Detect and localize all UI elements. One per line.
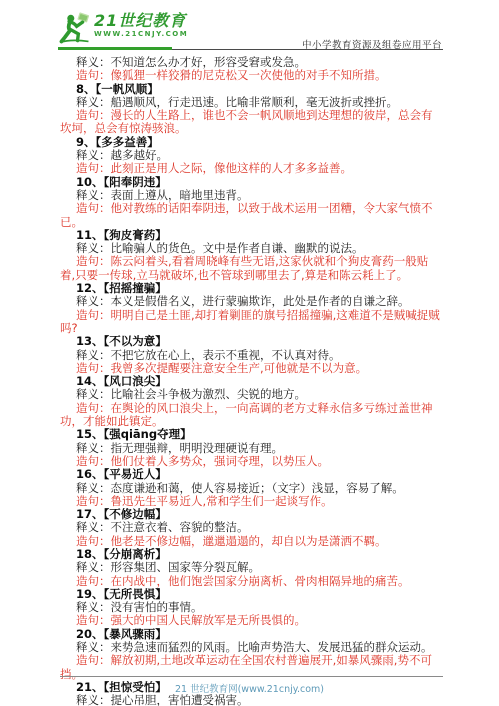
idiom-entry: 16、【平易近人】 释义：态度谦逊和蔼，使人容易接近；（文字）浅显，容易了解。 … xyxy=(60,468,443,508)
definition-line: 释义：船遇顺风，行走迅速。比喻非常顺利，毫无波折或挫折。 xyxy=(60,96,443,109)
logo-url-text: www.21cnjy.com xyxy=(94,30,188,39)
idiom-entry: 释义：不知道怎么办才好，形容受窘或发急。 造句：像狐狸一样狡猾的尼克松又一次使他… xyxy=(60,56,443,83)
logo-text: 21世纪教育 www.21cnjy.com xyxy=(94,12,188,39)
entry-title: 8、【一帆风顺】 xyxy=(60,83,443,96)
document-page: 21世纪教育 www.21cnjy.com 中小学教育资源及组卷应用平台 释义：… xyxy=(0,0,499,706)
definition-line: 释义：不知道怎么办才好，形容受窘或发急。 xyxy=(60,56,443,69)
idiom-entry: 19、【无所畏惧】 释义：没有害怕的事情。 造句：强大的中国人民解放军是无所畏惧… xyxy=(60,588,443,628)
definition-line: 释义：形容集团、国家等分裂瓦解。 xyxy=(60,561,443,574)
entry-title: 13、【不以为意】 xyxy=(60,335,443,348)
footer-divider xyxy=(60,676,443,677)
definition-line: 释义：提心吊胆，害怕遭受祸害。 xyxy=(60,694,443,706)
idiom-entry: 14、【风口浪尖】 释义：比喻社会斗争极为激烈、尖锐的地方。 造句：在舆论的风口… xyxy=(60,375,443,428)
footer-site-credit: 21 世纪教育网(www.21cnjy.com) xyxy=(0,681,499,695)
sentence-line: 造句：鲁迅先生平易近人,常和学生们一起谈写作。 xyxy=(60,495,443,508)
entry-title: 10、【阳奉阴违】 xyxy=(60,176,443,189)
idiom-entry: 13、【不以为意】 释义：不把它放在心上，表示不重视，不认真对待。 造句：我曾多… xyxy=(60,335,443,375)
entry-title: 15、【强qiāng夺理】 xyxy=(60,428,443,441)
sentence-line: 造句：他们仗着人多势众，强词夺理，以势压人。 xyxy=(60,455,443,468)
sentence-line: 造句：像狐狸一样狡猾的尼克松又一次使他的对手不知所措。 xyxy=(60,69,443,82)
runner-logo-icon xyxy=(58,12,92,44)
sentence-line: 造句：陈云闷着头,看着周晓峰有些无语,这家伙就和个狗皮膏药一般贴着,只要一传球,… xyxy=(60,255,443,282)
logo-underline xyxy=(58,47,172,50)
sentence-line: 造句：强大的中国人民解放军是无所畏惧的。 xyxy=(60,614,443,627)
idiom-entry: 20、【暴风骤雨】 释义：来势急速而猛烈的风雨。比喻声势浩大、发展迅猛的群众运动… xyxy=(60,628,443,681)
entry-title: 11、【狗皮膏药】 xyxy=(60,229,443,242)
entry-title: 12、【招摇撞骗】 xyxy=(60,282,443,295)
sentence-line: 造句：他对教练的话阳奉阴违，以致于战术运用一团糟，令大家气愤不已。 xyxy=(60,202,443,229)
logo-brand-text: 21世纪教育 xyxy=(94,12,188,30)
idiom-entry: 12、【招摇撞骗】 释义：本义是假借名义，进行蒙骗欺诈，此处是作者的自谦之辞。 … xyxy=(60,282,443,335)
page-header: 21世纪教育 www.21cnjy.com 中小学教育资源及组卷应用平台 xyxy=(0,0,499,52)
idiom-entry: 9、【多多益善】 释义：越多越好。 造句：此刻正是用人之际，像他这样的人才多多益… xyxy=(60,136,443,176)
definition-line: 释义：指无理强辩，明明没理硬说有理。 xyxy=(60,442,443,455)
entry-title: 16、【平易近人】 xyxy=(60,468,443,481)
idiom-entry: 8、【一帆风顺】 释义：船遇顺风，行走迅速。比喻非常顺利，毫无波折或挫折。 造句… xyxy=(60,83,443,136)
sentence-line: 造句：漫长的人生路上，谁也不会一帆风顺地到达理想的彼岸，总会有坎坷，总会有惊涛骇… xyxy=(60,109,443,136)
entry-title: 19、【无所畏惧】 xyxy=(60,588,443,601)
definition-line: 释义：不注意衣着、容貌的整洁。 xyxy=(60,521,443,534)
sentence-line: 造句：我曾多次提醒要注意安全生产,可他就是不以为意。 xyxy=(60,362,443,375)
definition-line: 释义：本义是假借名义，进行蒙骗欺诈，此处是作者的自谦之辞。 xyxy=(60,295,443,308)
sentence-line: 造句：在舆论的风口浪尖上，一向高调的老方丈释永信多亏练过盖世神功，才能如此镇定。 xyxy=(60,402,443,429)
idiom-entry: 17、【不修边幅】 释义：不注意衣着、容貌的整洁。 造句：他老是不修边幅，邋邋遢… xyxy=(60,508,443,548)
idiom-entry: 15、【强qiāng夺理】 释义：指无理强辩，明明没理硬说有理。 造句：他们仗着… xyxy=(60,428,443,468)
sentence-line: 造句：在内战中，他们饱尝国家分崩离析、骨肉相隔异地的痛苦。 xyxy=(60,575,443,588)
definition-line: 释义：表面上遵从，暗地里违背。 xyxy=(60,189,443,202)
entry-title: 20、【暴风骤雨】 xyxy=(60,628,443,641)
sentence-line: 造句：明明自己是土匪,却打着剿匪的旗号招摇撞骗,这难道不是贼喊捉贼吗? xyxy=(60,309,443,336)
definition-line: 释义：来势急速而猛烈的风雨。比喻声势浩大、发展迅猛的群众运动。 xyxy=(60,641,443,654)
sentence-line: 造句：此刻正是用人之际，像他这样的人才多多益善。 xyxy=(60,162,443,175)
entry-title: 18、【分崩离析】 xyxy=(60,548,443,561)
entry-title: 17、【不修边幅】 xyxy=(60,508,443,521)
idiom-entry: 11、【狗皮膏药】 释义：比喻骗人的货色。文中是作者自谦、幽默的说法。 造句：陈… xyxy=(60,229,443,282)
logo: 21世纪教育 www.21cnjy.com xyxy=(58,12,188,44)
idiom-entry: 10、【阳奉阴违】 释义：表面上遵从，暗地里违背。 造句：他对教练的话阳奉阴违，… xyxy=(60,176,443,229)
definition-line: 释义：没有害怕的事情。 xyxy=(60,601,443,614)
definition-line: 释义：比喻骗人的货色。文中是作者自谦、幽默的说法。 xyxy=(60,242,443,255)
idiom-entry: 18、【分崩离析】 释义：形容集团、国家等分裂瓦解。 造句：在内战中，他们饱尝国… xyxy=(60,548,443,588)
sentence-line: 造句：他老是不修边幅，邋邋遢遢的，却自以为是潇洒不羁。 xyxy=(60,535,443,548)
definition-line: 释义：越多越好。 xyxy=(60,149,443,162)
entry-title: 9、【多多益善】 xyxy=(60,136,443,149)
definition-line: 释义：不把它放在心上，表示不重视，不认真对待。 xyxy=(60,349,443,362)
definition-line: 释义：比喻社会斗争极为激烈、尖锐的地方。 xyxy=(60,388,443,401)
definition-line: 释义：态度谦逊和蔼，使人容易接近；（文字）浅显，容易了解。 xyxy=(60,482,443,495)
idiom-list: 释义：不知道怎么办才好，形容受窘或发急。 造句：像狐狸一样狡猾的尼克松又一次使他… xyxy=(60,56,443,706)
entry-title: 14、【风口浪尖】 xyxy=(60,375,443,388)
